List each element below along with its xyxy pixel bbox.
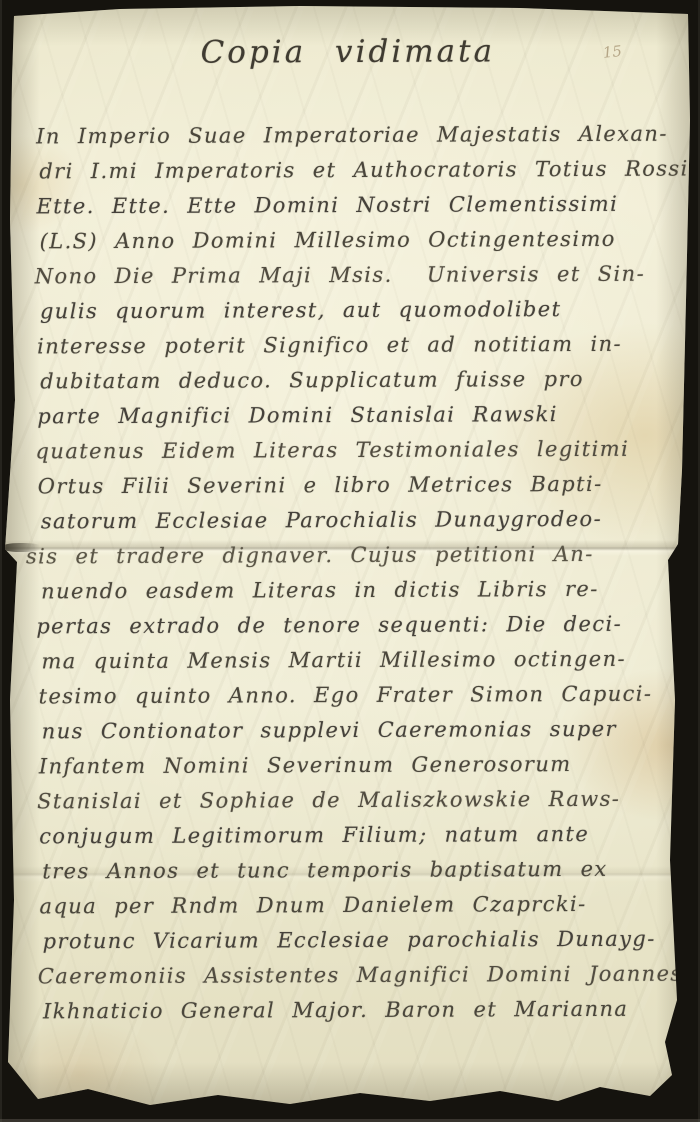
document-page: Copia vidimata 15 In Imperio Suae Impera… [0,0,700,1122]
text-line: dubitatam deduco. Supplicatum fuisse pro [40,362,685,400]
text-line: quatenus Eidem Literas Testimoniales leg… [35,432,685,470]
text-line: Infantem Nomini Severinum Generosorum [39,747,687,785]
text-line: conjugum Legitimorum Filium; natum ante [39,817,687,855]
text-line: sis et tradere dignaver. Cujus petitioni… [26,537,686,575]
text-line: Caeremoniis Assistentes Magnifici Domini… [38,957,688,995]
text-line: satorum Ecclesiae Parochialis Dunaygrode… [41,502,686,540]
page-content: Copia vidimata 15 In Imperio Suae Impera… [0,0,700,1122]
text-line: Ortus Filii Severini e libro Metrices Ba… [38,467,686,505]
text-line: dri I.mi Imperatoris et Authocratoris To… [39,152,684,190]
page-number: 15 [602,42,623,62]
text-line: gulis quorum interest, aut quomodolibet [40,292,685,330]
text-line: In Imperio Suae Imperatoriae Majestatis … [36,117,684,155]
text-line: nus Contionator supplevi Caeremonias sup… [42,712,687,750]
scanned-manuscript: Copia vidimata 15 In Imperio Suae Impera… [0,0,700,1122]
text-line: Stanislai et Sophiae de Maliszkowskie Ra… [37,782,687,820]
text-line: (L.S) Anno Domini Millesimo Octingentesi… [40,222,685,260]
text-line: Nono Die Prima Maji Msis. Universis et S… [35,257,685,295]
text-line: aqua per Rndm Dnum Danielem Czaprcki- [39,887,687,925]
text-line: ma quinta Mensis Martii Millesimo octing… [41,642,686,680]
document-body: In Imperio Suae Imperatoriae Majestatis … [36,117,688,1030]
text-line: tres Annos et tunc temporis baptisatum e… [42,852,687,890]
text-line: Ette. Ette. Ette Domini Nostri Clementis… [36,187,684,225]
text-line: interesse poterit Significo et ad notiti… [37,327,685,365]
text-line: parte Magnifici Domini Stanislai Rawski [37,397,685,435]
text-line: Ikhnaticio General Major. Baron et Maria… [43,992,688,1030]
text-line: nuendo easdem Literas in dictis Libris r… [41,572,686,610]
text-line: tesimo quinto Anno. Ego Frater Simon Cap… [39,677,687,715]
text-line: pertas extrado de tenore sequenti: Die d… [36,607,686,645]
document-title: Copia vidimata [0,32,698,71]
text-line: protunc Vicarium Ecclesiae parochialis D… [43,922,688,960]
